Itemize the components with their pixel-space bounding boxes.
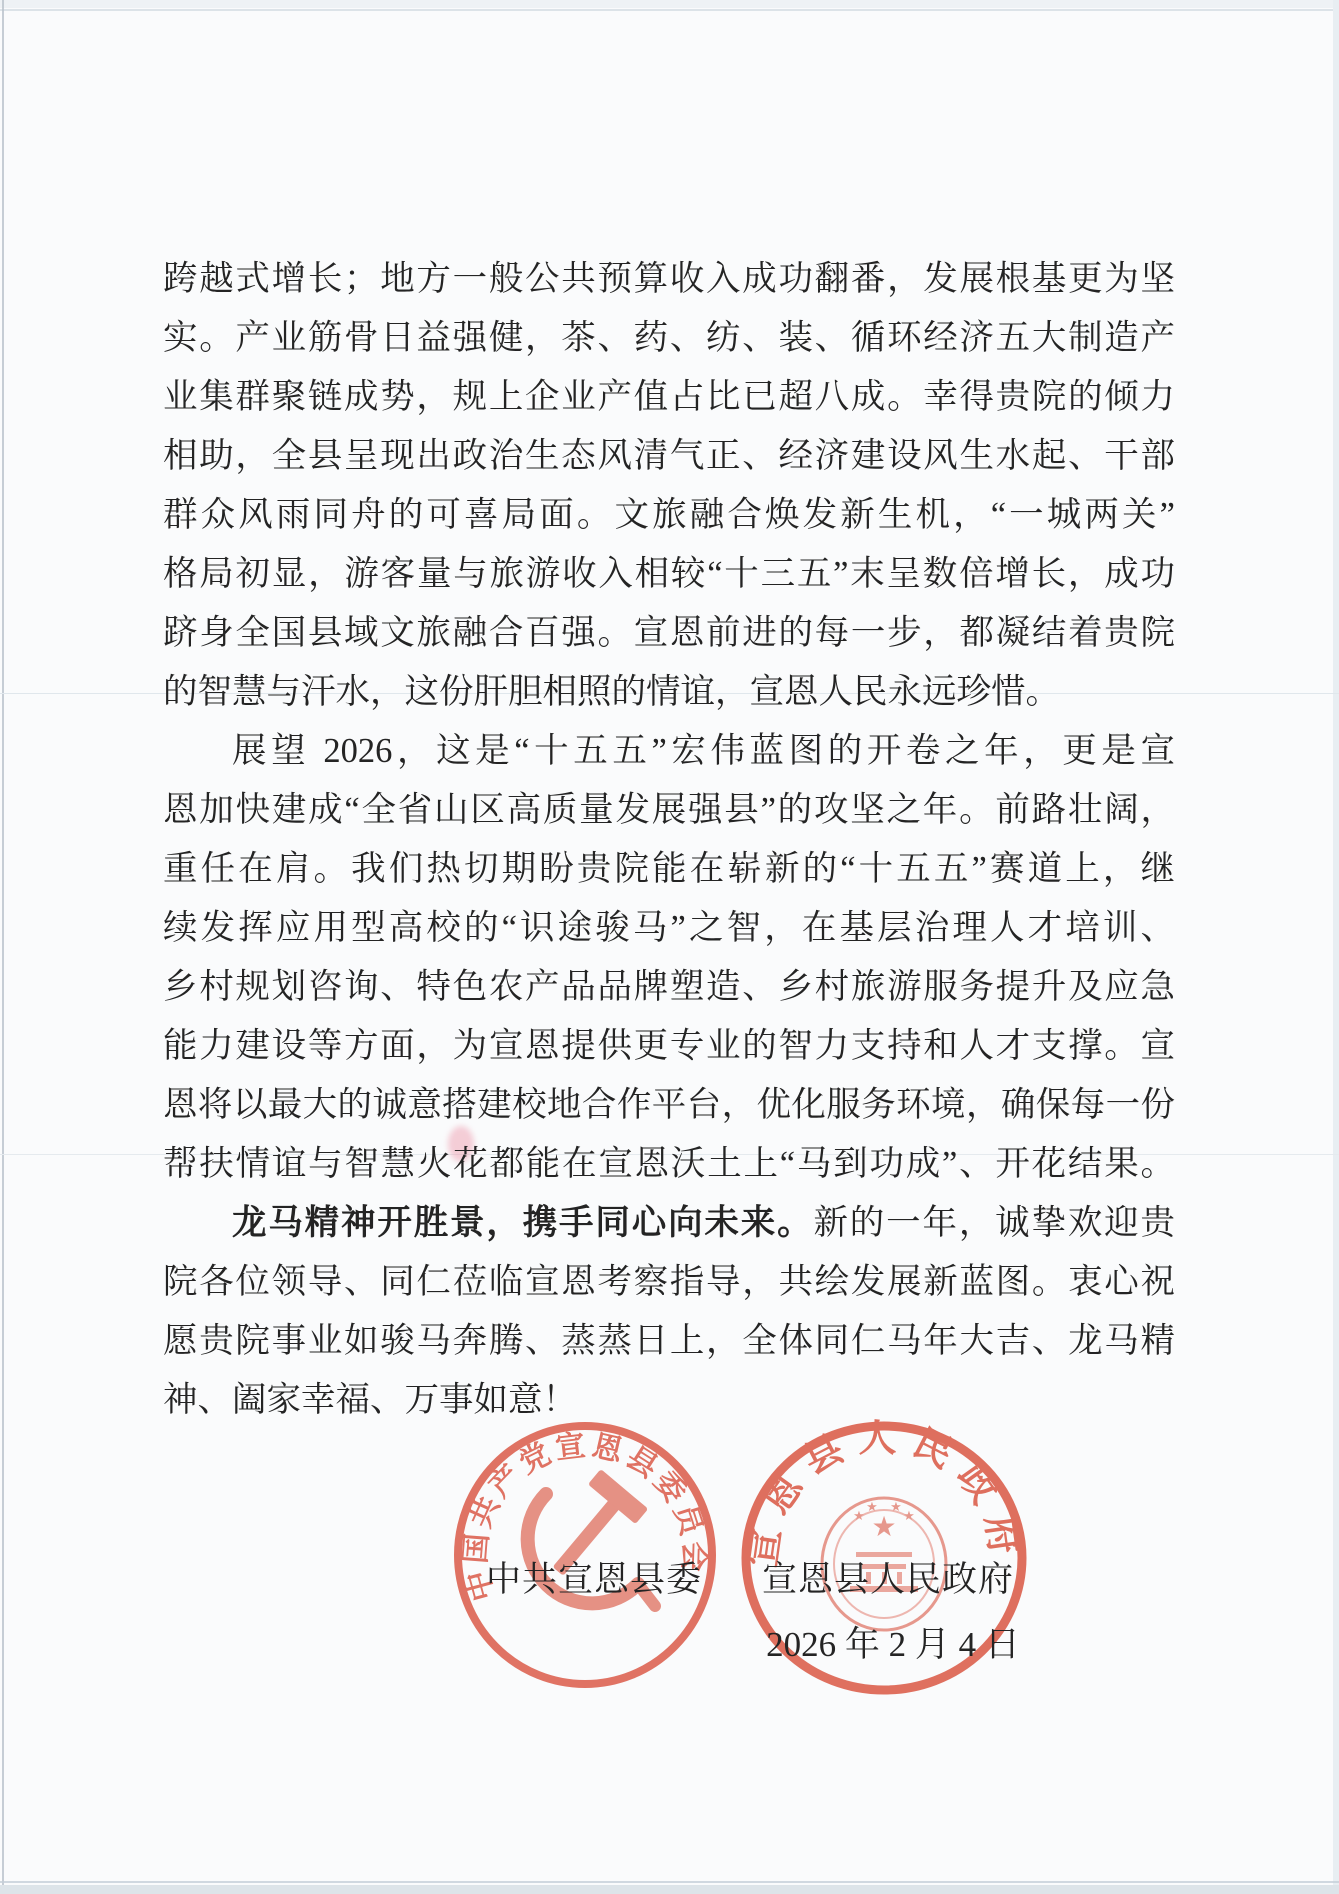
svg-text:★: ★	[853, 1509, 865, 1524]
scan-bottom-line	[0, 1881, 1339, 1883]
body-line: 重任在肩。我们热切期盼贵院能在崭新的“十五五”赛道上，继	[163, 840, 1175, 899]
body-line: 乡村规划咨询、特色农产品品牌塑造、乡村旅游服务提升及应急	[163, 958, 1175, 1017]
body-line: 院各位领导、同仁莅临宣恩考察指导，共绘发展新蓝图。衷心祝	[163, 1253, 1175, 1312]
scanned-letter-page: 跨越式增长；地方一般公共预算收入成功翻番，发展根基更为坚 实。产业筋骨日益强健，…	[0, 0, 1339, 1894]
body-line: 展望 2026，这是“十五五”宏伟蓝图的开卷之年，更是宣	[163, 722, 1175, 781]
government-seal-ring-text: 宣恩县人民政府	[742, 1418, 1026, 1570]
body-line: 业集群聚链成势，规上企业产值占比已超八成。幸得贵院的倾力	[163, 368, 1175, 427]
signature-date: 2026 年 2 月 4 日	[738, 1627, 1048, 1662]
scan-bottom-band	[0, 1885, 1339, 1894]
body-line: 恩加快建成“全省山区高质量发展强县”的攻坚之年。前路壮阔，	[163, 781, 1175, 840]
scan-top-band	[0, 0, 1339, 8]
body-line-bold-lead: 龙马精神开胜景，携手同心向未来。	[232, 1204, 813, 1242]
signature-government: 宣恩县人民政府	[738, 1562, 1038, 1597]
body-line: 跻身全国县域文旅融合百强。宣恩前进的每一步，都凝结着贵院	[163, 604, 1175, 663]
body-line-rest: 新的一年，诚挚欢迎贵	[813, 1204, 1175, 1242]
svg-text:★: ★	[903, 1509, 915, 1524]
signature-party-committee: 中共宣恩县委	[446, 1562, 742, 1597]
body-line: 恩将以最大的诚意搭建校地合作平台，优化服务环境，确保每一份	[163, 1076, 1175, 1135]
body-line: 能力建设等方面，为宣恩提供更专业的智力支持和人才支撑。宣	[163, 1017, 1175, 1076]
svg-text:宣恩县人民政府: 宣恩县人民政府	[742, 1418, 1026, 1570]
body-line: 格局初显，游客量与旅游收入相较“十三五”末呈数倍增长，成功	[163, 545, 1175, 604]
body-line: 相助，全县呈现出政治生态风清气正、经济建设风生水起、干部	[163, 427, 1175, 486]
svg-text:★: ★	[866, 1500, 878, 1515]
body-line: 愿贵院事业如骏马奔腾、蒸蒸日上，全体同仁马年大吉、龙马精	[163, 1312, 1175, 1371]
body-line: 的智慧与汗水，这份肝胆相照的情谊，宣恩人民永远珍惜。	[163, 663, 1175, 722]
body-line: 龙马精神开胜景，携手同心向未来。新的一年，诚挚欢迎贵	[163, 1194, 1175, 1253]
body-line: 帮扶情谊与智慧火花都能在宣恩沃土上“马到功成”、开花结果。	[163, 1135, 1175, 1194]
letter-body: 跨越式增长；地方一般公共预算收入成功翻番，发展根基更为坚 实。产业筋骨日益强健，…	[163, 250, 1175, 1430]
scan-top-line	[0, 9, 1339, 11]
party-seal: 中国共产党宣恩县委员会	[448, 1416, 722, 1694]
body-line: 跨越式增长；地方一般公共预算收入成功翻番，发展根基更为坚	[163, 250, 1175, 309]
body-line: 实。产业筋骨日益强健，茶、药、纺、装、循环经济五大制造产	[163, 309, 1175, 368]
body-line: 群众风雨同舟的可喜局面。文旅融合焕发新生机，“一城两关”	[163, 486, 1175, 545]
svg-text:★: ★	[890, 1500, 902, 1515]
scan-left-edge-line	[2, 0, 4, 1894]
body-line: 续发挥应用型高校的“识途骏马”之智，在基层治理人才培训、	[163, 899, 1175, 958]
scan-right-edge-band	[1333, 0, 1339, 1894]
